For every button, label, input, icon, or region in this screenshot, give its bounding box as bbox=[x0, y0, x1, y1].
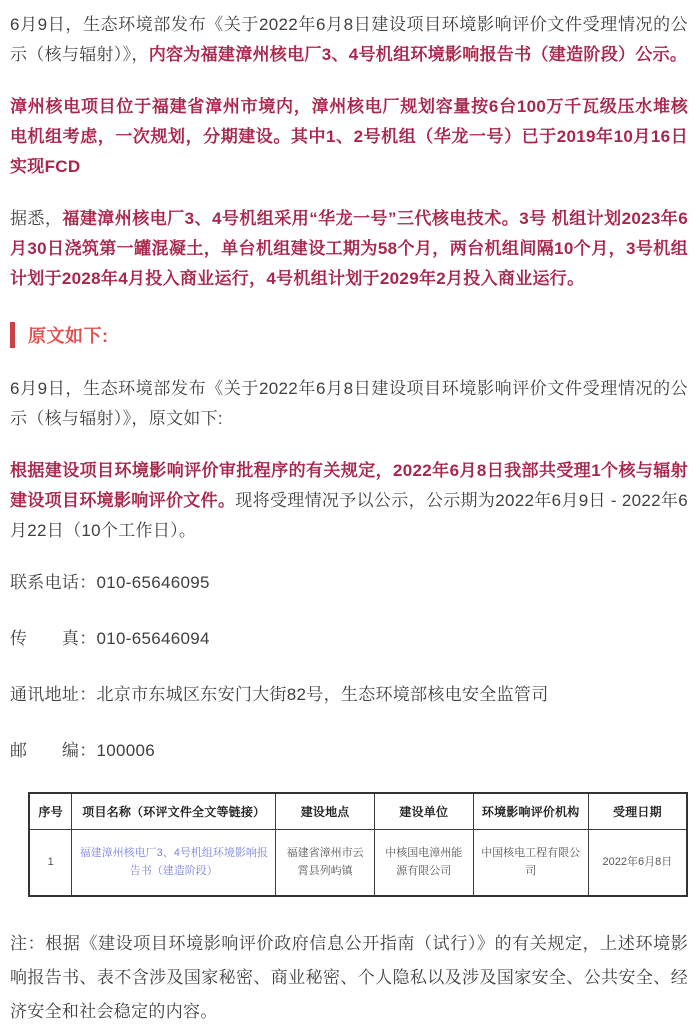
table-header-location: 建设地点 bbox=[276, 793, 375, 830]
cell-location: 福建省漳州市云霄县列屿镇 bbox=[276, 830, 375, 896]
cell-eia-agency: 中国核电工程有限公司 bbox=[473, 830, 588, 896]
schedule-emphasis-text: 福建漳州核电厂3、4号机组采用“华龙一号”三代核电技术。3号 机组计划2023年… bbox=[10, 209, 688, 288]
cell-project: 福建漳州核电厂3、4号机组环境影响报告书（建造阶段） bbox=[72, 830, 276, 896]
project-link[interactable]: 福建漳州核电厂3、4号机组环境影响报告书（建造阶段） bbox=[80, 847, 268, 877]
table-row: 1 福建漳州核电厂3、4号机组环境影响报告书（建造阶段） 福建省漳州市云霄县列屿… bbox=[29, 830, 687, 896]
cell-builder: 中核国电漳州能源有限公司 bbox=[374, 830, 473, 896]
heading-accent-bar bbox=[10, 322, 15, 348]
table-header-builder: 建设单位 bbox=[374, 793, 473, 830]
schedule-normal-text: 据悉， bbox=[10, 209, 62, 228]
announcement-normal-text: 6月9日，生态环境部发布《关于2022年6月8日建设项目环境影响评价文件受理情况… bbox=[10, 379, 688, 428]
table-header-accept-date: 受理日期 bbox=[588, 793, 687, 830]
note-paragraph: 注：根据《建设项目环境影响评价政府信息公开指南（试行）》的有关规定，上述环境影响… bbox=[10, 927, 688, 1029]
article-body: 6月9日，生态环境部发布《关于2022年6月8日建设项目环境影响评价文件受理情况… bbox=[10, 10, 688, 1029]
announcement-paragraph: 6月9日，生态环境部发布《关于2022年6月8日建设项目环境影响评价文件受理情况… bbox=[10, 374, 688, 434]
table-header-eia-agency: 环境影响评价机构 bbox=[473, 793, 588, 830]
contact-phone-line: 联系电话：010-65646095 bbox=[10, 568, 688, 598]
contact-fax-line: 传 真：010-65646094 bbox=[10, 624, 688, 654]
section-heading-label: 原文如下: bbox=[28, 322, 109, 348]
cell-no: 1 bbox=[29, 830, 72, 896]
table-header-no: 序号 bbox=[29, 793, 72, 830]
overview-emphasis-text: 漳州核电项目位于福建省漳州市境内，漳州核电厂规划容量按6台100万千瓦级压水堆核… bbox=[10, 97, 688, 176]
intro-paragraph: 6月9日，生态环境部发布《关于2022年6月8日建设项目环境影响评价文件受理情况… bbox=[10, 10, 688, 70]
acceptance-table: 序号 项目名称（环评文件全文等链接） 建设地点 建设单位 环境影响评价机构 受理… bbox=[28, 792, 688, 897]
contact-address-line: 通讯地址：北京市东城区东安门大街82号，生态环境部核电安全监管司 bbox=[10, 680, 688, 710]
table-header-row: 序号 项目名称（环评文件全文等链接） 建设地点 建设单位 环境影响评价机构 受理… bbox=[29, 793, 687, 830]
contact-postcode-line: 邮 编：100006 bbox=[10, 736, 688, 766]
acceptance-paragraph: 根据建设项目环境影响评价审批程序的有关规定，2022年6月8日我部共受理1个核与… bbox=[10, 456, 688, 546]
table-header-project: 项目名称（环评文件全文等链接） bbox=[72, 793, 276, 830]
project-overview-paragraph: 漳州核电项目位于福建省漳州市境内，漳州核电厂规划容量按6台100万千瓦级压水堆核… bbox=[10, 92, 688, 182]
original-text-section-heading: 原文如下: bbox=[10, 322, 688, 348]
schedule-paragraph: 据悉，福建漳州核电厂3、4号机组采用“华龙一号”三代核电技术。3号 机组计划20… bbox=[10, 204, 688, 294]
cell-accept-date: 2022年6月8日 bbox=[588, 830, 687, 896]
intro-emphasis-text: 内容为福建漳州核电厂3、4号机组环境影响报告书（建造阶段）公示。 bbox=[149, 45, 688, 64]
